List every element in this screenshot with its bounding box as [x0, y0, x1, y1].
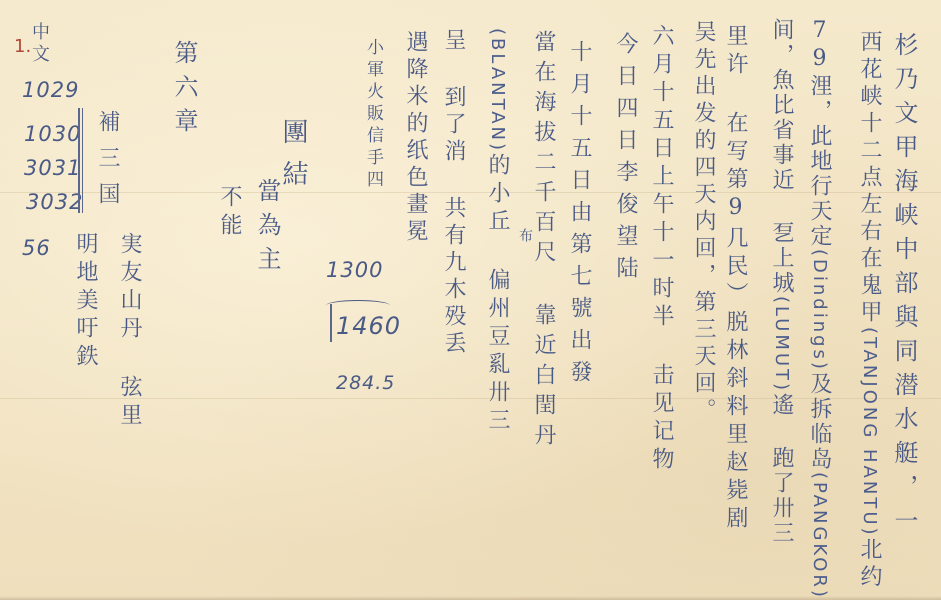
margin-list-header: 中文	[30, 22, 48, 66]
column-text: 今日四日李俊望陆	[613, 32, 638, 288]
column-text: 不能	[217, 185, 242, 241]
calc-value-1: 1300	[326, 258, 383, 282]
column-text: 実友山丹 弦里	[117, 232, 142, 431]
text-column-1: 杉乃文甲海峡中部與同潜水艇，一	[892, 32, 916, 542]
margin-list-item: 1029	[22, 78, 79, 102]
text-column-15: 團結	[280, 118, 306, 202]
calc-divider-line	[326, 300, 390, 311]
calc-value-3: 284.5	[336, 372, 395, 394]
text-column-10: 當在海拔二千百尺 靠近白閏丹	[532, 30, 554, 453]
text-column-9: 十月十五日由第七號出發	[568, 40, 590, 392]
column-text: 西花峡十二点左右在鬼甲	[857, 30, 882, 327]
place-name-latin: (LUMUT)	[771, 296, 792, 393]
column-text: 當在海拔二千百尺 靠近白閏丹	[531, 30, 556, 453]
column-text: 遙 跑了卅三	[769, 393, 794, 546]
text-column-11: (BLANTAN)的小丘 偏州豆乿卅三	[486, 28, 508, 436]
column-text: 间，魚比省事近 乭上城	[769, 18, 794, 296]
text-column-18: 第六章	[172, 40, 196, 142]
column-text: 北约	[857, 538, 882, 592]
paper-edge-shadow	[0, 596, 941, 600]
place-name-latin: (Dindings)	[809, 249, 830, 372]
text-column-12: 呈 到了消 共有九木殁丢	[442, 28, 464, 358]
place-name-latin: (BLANTAN)	[487, 28, 508, 153]
column-text: 杉乃文甲海峡中部與同潜水艇，一	[890, 32, 918, 542]
text-column-20: 実友山丹 弦里	[118, 232, 140, 431]
text-column-19: 補三国	[96, 110, 118, 218]
column-text: 79浬，此地行天定	[807, 18, 832, 249]
column-text: 第六章	[170, 40, 198, 142]
calc-value-2: 1460	[336, 312, 401, 340]
column-text: 明地美吁鉄	[73, 232, 98, 372]
column-text: 里许 在写第9几民）脱林斜料里赵毙剧	[723, 24, 748, 534]
text-column-8: 今日四日李俊望陆	[614, 32, 636, 288]
text-column-17: 不能	[218, 185, 240, 241]
column-text: 團結	[278, 118, 308, 202]
paper-fold-line	[0, 192, 941, 193]
place-name-latin: (PANGKOR)	[809, 472, 830, 600]
margin-list-item: 3031	[24, 156, 81, 180]
calc-divider-stroke	[330, 304, 332, 342]
column-text: 補三国	[95, 110, 120, 218]
text-column-21: 明地美吁鉄	[74, 232, 96, 372]
insertion-note: 布	[518, 228, 532, 244]
column-text: 十月十五日由第七號出發	[567, 40, 592, 392]
text-column-6: 吴先出发的四天内回，第三天回。	[692, 20, 714, 425]
place-name-latin: (TANJONG HANTU)	[859, 327, 880, 538]
column-text: 遇降米的纸色畫冕	[403, 30, 428, 246]
column-text: 及拆临岛	[807, 372, 832, 472]
text-column-2: 西花峡十二点左右在鬼甲(TANJONG HANTU)北约	[858, 30, 880, 592]
text-column-14: 小軍火販信手四	[364, 38, 381, 192]
column-text: 的小丘 偏州豆乿卅三	[485, 153, 510, 436]
column-text: 六月十五日上午十一时半 击见记物	[649, 24, 674, 475]
column-text: 當為主	[253, 178, 281, 280]
column-text: 呈 到了消 共有九木殁丢	[441, 28, 466, 358]
column-text: 吴先出发的四天内回，第三天回。	[691, 20, 716, 425]
column-text: 小軍火販信手四	[363, 38, 383, 192]
text-column-3: 79浬，此地行天定(Dindings)及拆临岛(PANGKOR)	[808, 18, 830, 600]
margin-bracket-line	[82, 108, 83, 213]
margin-bracket-line	[78, 108, 80, 213]
text-column-7: 六月十五日上午十一时半 击见记物	[650, 24, 672, 475]
text-column-16: 當為主	[255, 178, 279, 280]
manuscript-page: 1. 杉乃文甲海峡中部與同潜水艇，一 西花峡十二点左右在鬼甲(TANJONG H…	[0, 0, 941, 600]
margin-list-item: 3032	[26, 190, 83, 214]
margin-list-footer: 56	[22, 236, 51, 260]
text-column-13: 遇降米的纸色畫冕	[404, 30, 426, 246]
margin-list-item: 1030	[24, 122, 81, 146]
text-column-5: 里许 在写第9几民）脱林斜料里赵毙剧	[724, 24, 746, 534]
text-column-4: 间，魚比省事近 乭上城(LUMUT)遙 跑了卅三	[770, 18, 792, 546]
